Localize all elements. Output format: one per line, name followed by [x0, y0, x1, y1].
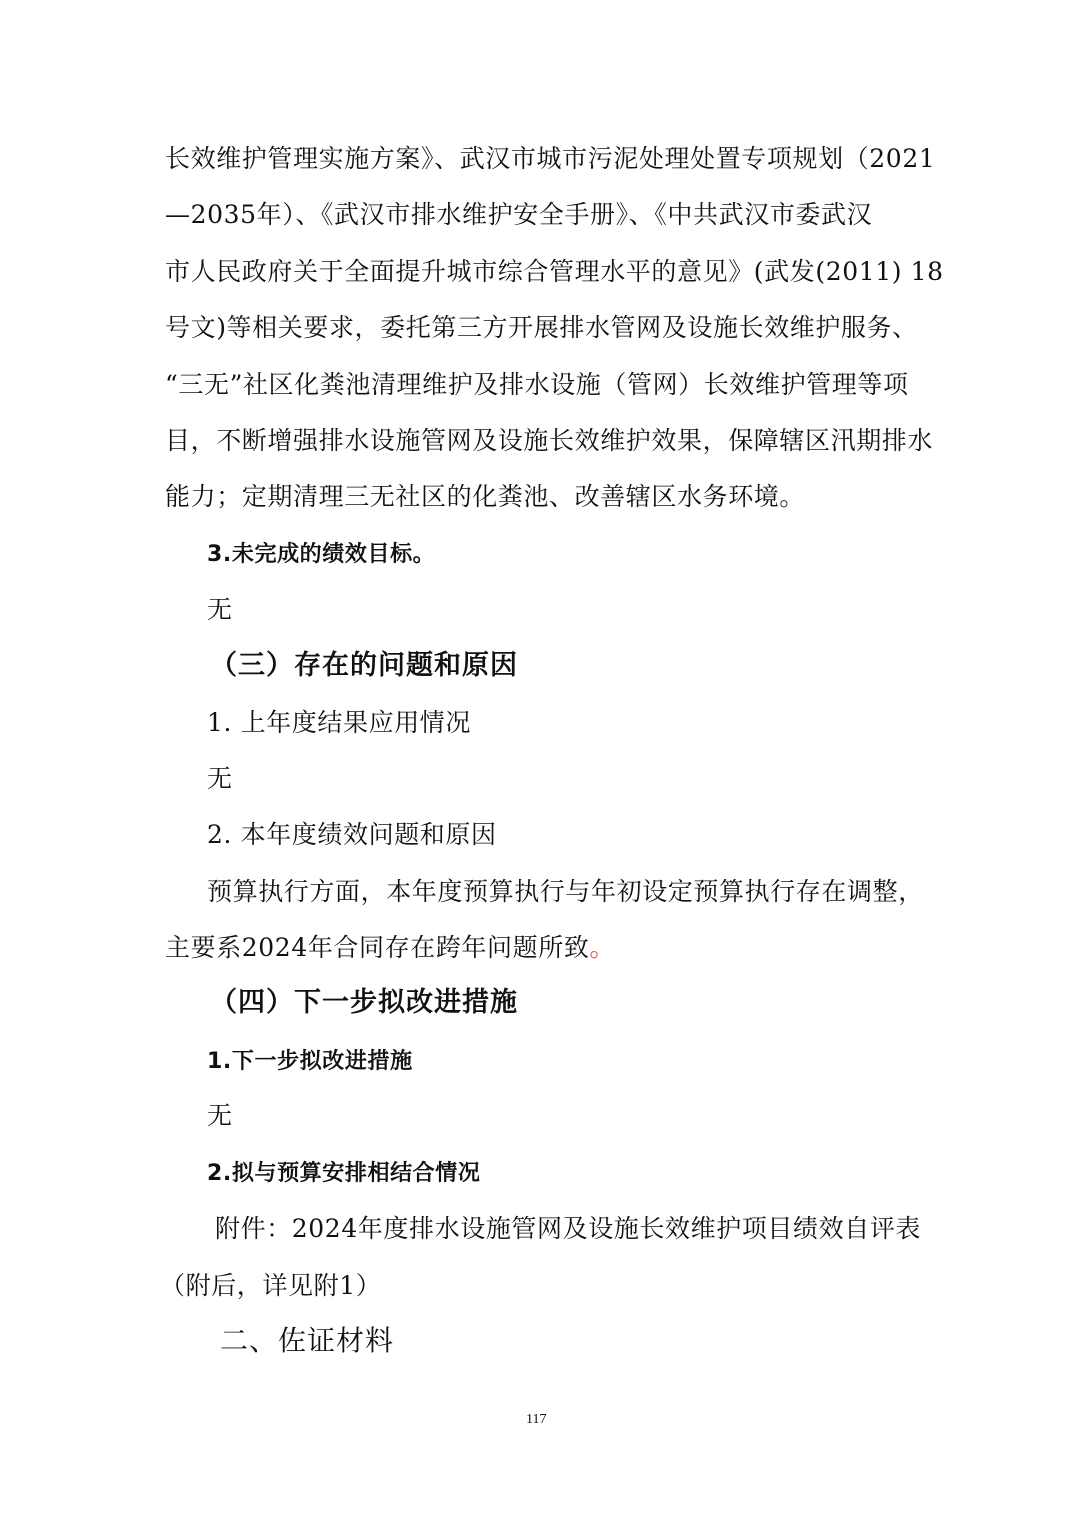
- page-number: 117: [526, 1412, 546, 1428]
- budget-integration-heading: 2.拟与预算安排相结合情况: [207, 1158, 480, 1190]
- paragraph-line: “三无”社区化粪池清理维护及排水设施（管网）长效维护管理等项: [165, 369, 909, 401]
- attachment-line: 附件：2024年度排水设施管网及设施长效维护项目绩效自评表: [215, 1213, 921, 1245]
- red-period: 。: [589, 933, 615, 962]
- budget-reason-text: 主要系2024年合同存在跨年问题所致: [165, 933, 589, 962]
- attachment-note: （附后，详见附1）: [160, 1270, 381, 1302]
- current-year-problems-heading: 2. 本年度绩效问题和原因: [207, 819, 497, 851]
- budget-execution-line-2: 主要系2024年合同存在跨年问题所致。: [165, 932, 615, 964]
- unfinished-goals-content: 无: [207, 594, 233, 626]
- next-steps-content: 无: [207, 1100, 233, 1132]
- section-problems-heading: （三）存在的问题和原因: [210, 650, 518, 682]
- paragraph-line: 长效维护管理实施方案》、武汉市城市污泥处理处置专项规划（2021: [165, 143, 935, 175]
- prev-year-results-heading: 1. 上年度结果应用情况: [207, 707, 471, 739]
- paragraph-line: 能力；定期清理三无社区的化粪池、改善辖区水务环境。: [165, 481, 805, 513]
- unfinished-goals-heading: 3.未完成的绩效目标。: [207, 539, 435, 571]
- section-improvements-heading: （四）下一步拟改进措施: [210, 987, 518, 1019]
- budget-execution-line: 预算执行方面，本年度预算执行与年初设定预算执行存在调整，: [207, 876, 924, 908]
- paragraph-line: —2035年）、《武汉市排水维护安全手册》、《中共武汉市委武汉: [165, 199, 872, 231]
- supporting-materials-heading: 二、佐证材料: [220, 1325, 394, 1357]
- prev-year-results-content: 无: [207, 763, 233, 795]
- paragraph-line: 市人民政府关于全面提升城市综合管理水平的意见》(武发(2011) 18: [165, 256, 944, 288]
- paragraph-line: 目，不断增强排水设施管网及设施长效维护效果，保障辖区汛期排水: [165, 425, 933, 457]
- paragraph-line: 号文)等相关要求，委托第三方开展排水管网及设施长效维护服务、: [165, 312, 918, 344]
- next-steps-heading: 1.下一步拟改进措施: [207, 1046, 413, 1078]
